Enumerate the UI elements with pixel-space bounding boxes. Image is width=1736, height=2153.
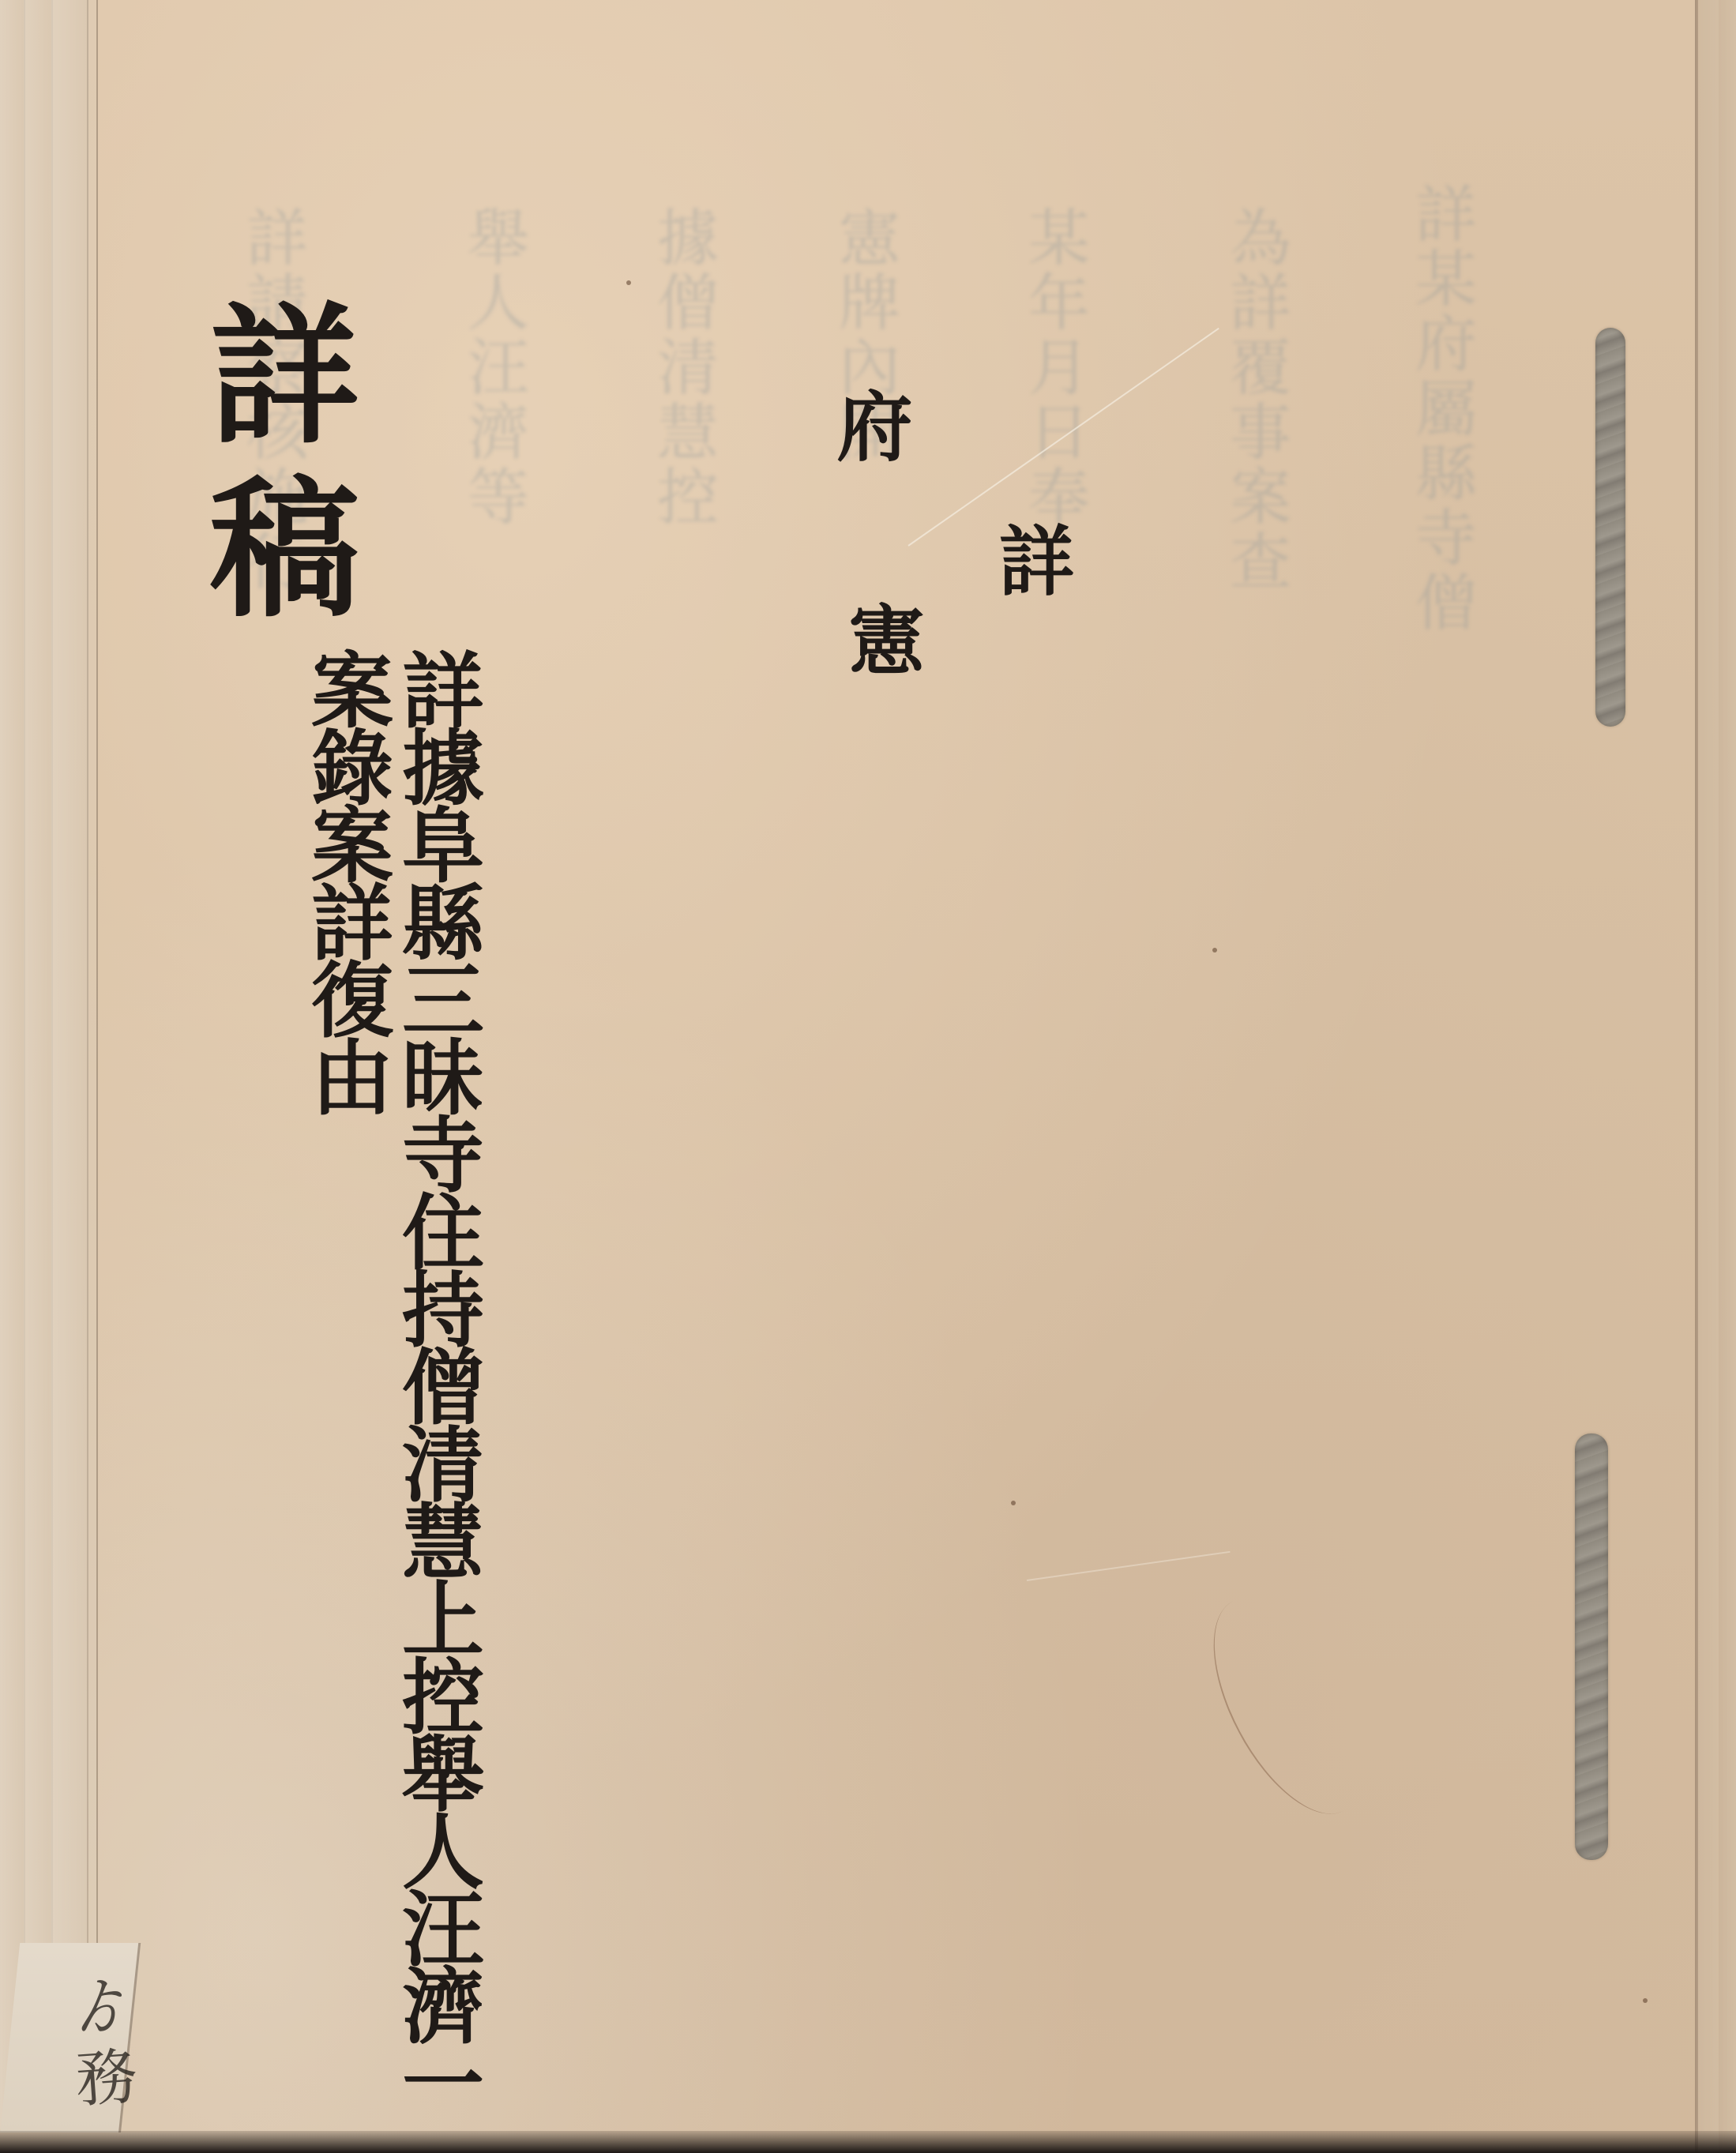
- binding-stitch-top: [1595, 328, 1625, 727]
- header-char-fu: 府: [829, 387, 908, 463]
- paper-speck: [1643, 1998, 1648, 2003]
- right-page-edge: [1697, 0, 1719, 2153]
- bleed-through-column: 據僧清慧控: [656, 205, 727, 1785]
- paper-speck: [1212, 948, 1217, 953]
- header-char-xiang: 詳: [991, 521, 1070, 597]
- page-edge-layer: [0, 0, 25, 2129]
- bleed-through-column: 某年月日奉: [1027, 205, 1098, 1785]
- page-edge-layer: [87, 0, 98, 2129]
- binding-stitch-bottom: [1575, 1433, 1608, 1860]
- header-char-xian: 憲: [841, 600, 920, 676]
- page-edge-layer: [24, 0, 53, 2129]
- manuscript-page: 詳某府屬縣寺僧 為詳覆事案查 某年月日奉 憲牌內開 據僧清慧控 舉人汪濟等 詳請…: [0, 0, 1736, 2153]
- bleed-through-column: 詳某府屬縣寺僧: [1414, 182, 1485, 1919]
- paper-speck: [1011, 1501, 1016, 1505]
- document-subtitle: 詳據阜縣三昧寺住持僧清慧上控舉人汪濟一案錄案詳復由: [300, 648, 482, 2153]
- scan-bottom-shadow: [0, 2131, 1736, 2153]
- margin-note: ゟ務: [62, 1972, 135, 2118]
- document-title: 詳稿: [194, 296, 351, 644]
- paper-speck: [626, 280, 631, 285]
- page-edge-layer: [51, 0, 88, 2129]
